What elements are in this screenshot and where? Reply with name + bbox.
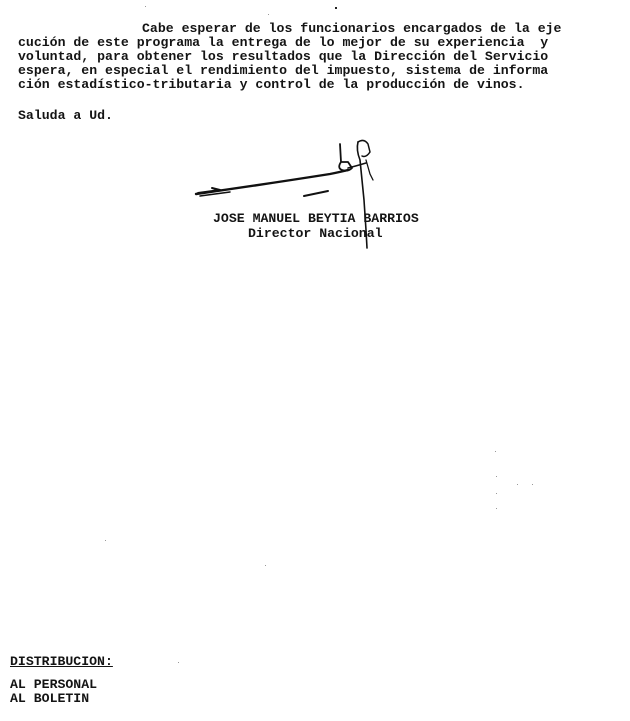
paragraph-line: cución de este programa la entrega de lo…	[18, 36, 548, 50]
distribution-recipient: AL BOLETIN	[10, 692, 89, 706]
signatory-title: Director Nacional	[248, 227, 383, 241]
paragraph-line: Cabe esperar de los funcionarios encarga…	[142, 22, 561, 36]
closing-salutation: Saluda a Ud.	[18, 109, 113, 123]
paragraph-line: voluntad, para obtener los resultados qu…	[18, 50, 548, 64]
paragraph-line: ción estadístico-tributaria y control de…	[18, 78, 524, 92]
signatory-name: JOSE MANUEL BEYTIA BARRIOS	[213, 212, 419, 226]
distribution-heading: DISTRIBUCION:	[10, 655, 113, 669]
distribution-recipient: AL PERSONAL	[10, 678, 97, 692]
paragraph-line: espera, en especial el rendimiento del i…	[18, 64, 548, 78]
document-page: Cabe esperar de los funcionarios encarga…	[0, 0, 630, 721]
